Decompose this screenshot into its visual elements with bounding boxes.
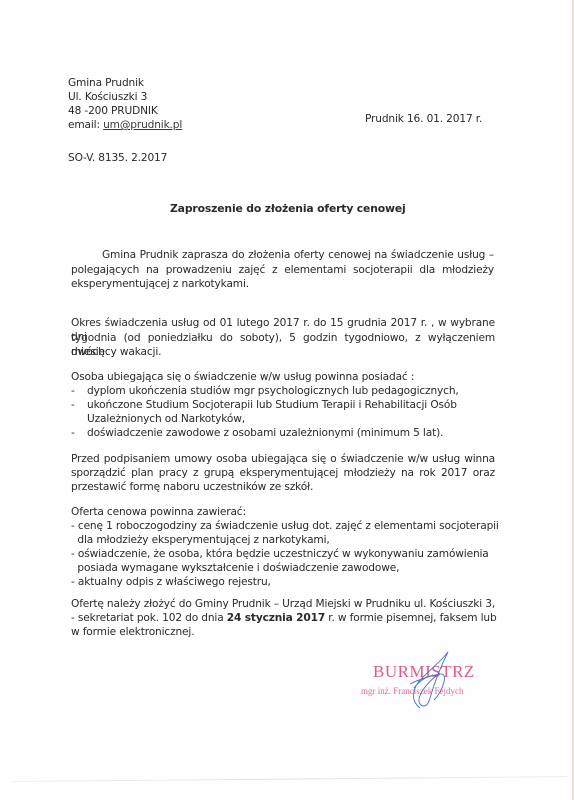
offer-contents-line: - aktualny odpis z właściwego rejestru, — [71, 575, 271, 589]
sender-street: Ul. Kościuszki 3 — [68, 90, 147, 104]
reference-number: SO-V. 8135. 2.2017 — [68, 151, 167, 165]
requirements-lead: Osoba ubiegająca się o świadczenie w/w u… — [71, 370, 414, 384]
intro-line: eksperymentującej z narkotykami. — [71, 277, 249, 291]
before-contract-line: Przed podpisaniem umowy osoba ubiegająca… — [71, 452, 495, 466]
requirement-item: doświadczenie zawodowe z osobami uzależn… — [87, 426, 443, 440]
intro-line: Gmina Prudnik zaprasza do złożenia ofert… — [102, 248, 494, 262]
email-link[interactable]: um@prudnik.pl — [103, 119, 182, 131]
list-bullet: - — [71, 398, 75, 412]
scan-edge-line — [12, 776, 567, 782]
sender-email-line: email: um@prudnik.pl — [68, 118, 182, 132]
document-title: Zaproszenie do złożenia oferty cenowej — [170, 202, 406, 216]
requirement-item: ukończone Studium Socjoterapii lub Studi… — [87, 398, 457, 412]
submission-text: - sekretariat pok. 102 do dnia — [71, 612, 227, 624]
list-bullet: - — [71, 384, 75, 398]
period-line: miesięcy wakacji. — [71, 345, 161, 359]
offer-contents-lead: Oferta cenowa powinna zawierać: — [71, 505, 246, 519]
before-contract-line: przestawić formę naboru uczestników ze s… — [71, 480, 313, 494]
requirement-item: dyplom ukończenia studiów mgr psychologi… — [87, 384, 459, 398]
place-date: Prudnik 16. 01. 2017 r. — [365, 112, 482, 126]
offer-contents-line: - cenę 1 roboczogodziny za świadczenie u… — [71, 519, 499, 533]
document-page: Gmina Prudnik Ul. Kościuszki 3 48 -200 P… — [0, 0, 574, 800]
submission-line: Ofertę należy złożyć do Gminy Prudnik – … — [71, 597, 495, 611]
sender-name: Gmina Prudnik — [68, 76, 144, 90]
requirement-item-cont: Uzależnionych od Narkotyków, — [87, 412, 245, 426]
submission-line: w formie elektronicznej. — [71, 625, 194, 639]
offer-contents-line: dla młodzieży eksperymentującej z narkot… — [71, 533, 330, 547]
submission-line: - sekretariat pok. 102 do dnia 24 styczn… — [71, 611, 497, 625]
signature-icon — [390, 650, 470, 710]
intro-line: polegających na prowadzeniu zajęć z elem… — [71, 263, 494, 277]
submission-text: r. w formie pisemnej, faksem lub — [325, 612, 497, 624]
offer-contents-line: posiada wymagane wykształcenie i doświad… — [71, 561, 399, 575]
sender-postal: 48 -200 PRUDNIK — [68, 104, 158, 118]
list-bullet: - — [71, 426, 75, 440]
email-label: email: — [68, 119, 103, 131]
deadline-date: 24 stycznia 2017 — [227, 612, 325, 624]
offer-contents-line: - oświadczenie, że osoba, która będzie u… — [71, 547, 489, 561]
before-contract-line: sporządzić plan pracy z grupą eksperymen… — [71, 466, 495, 480]
